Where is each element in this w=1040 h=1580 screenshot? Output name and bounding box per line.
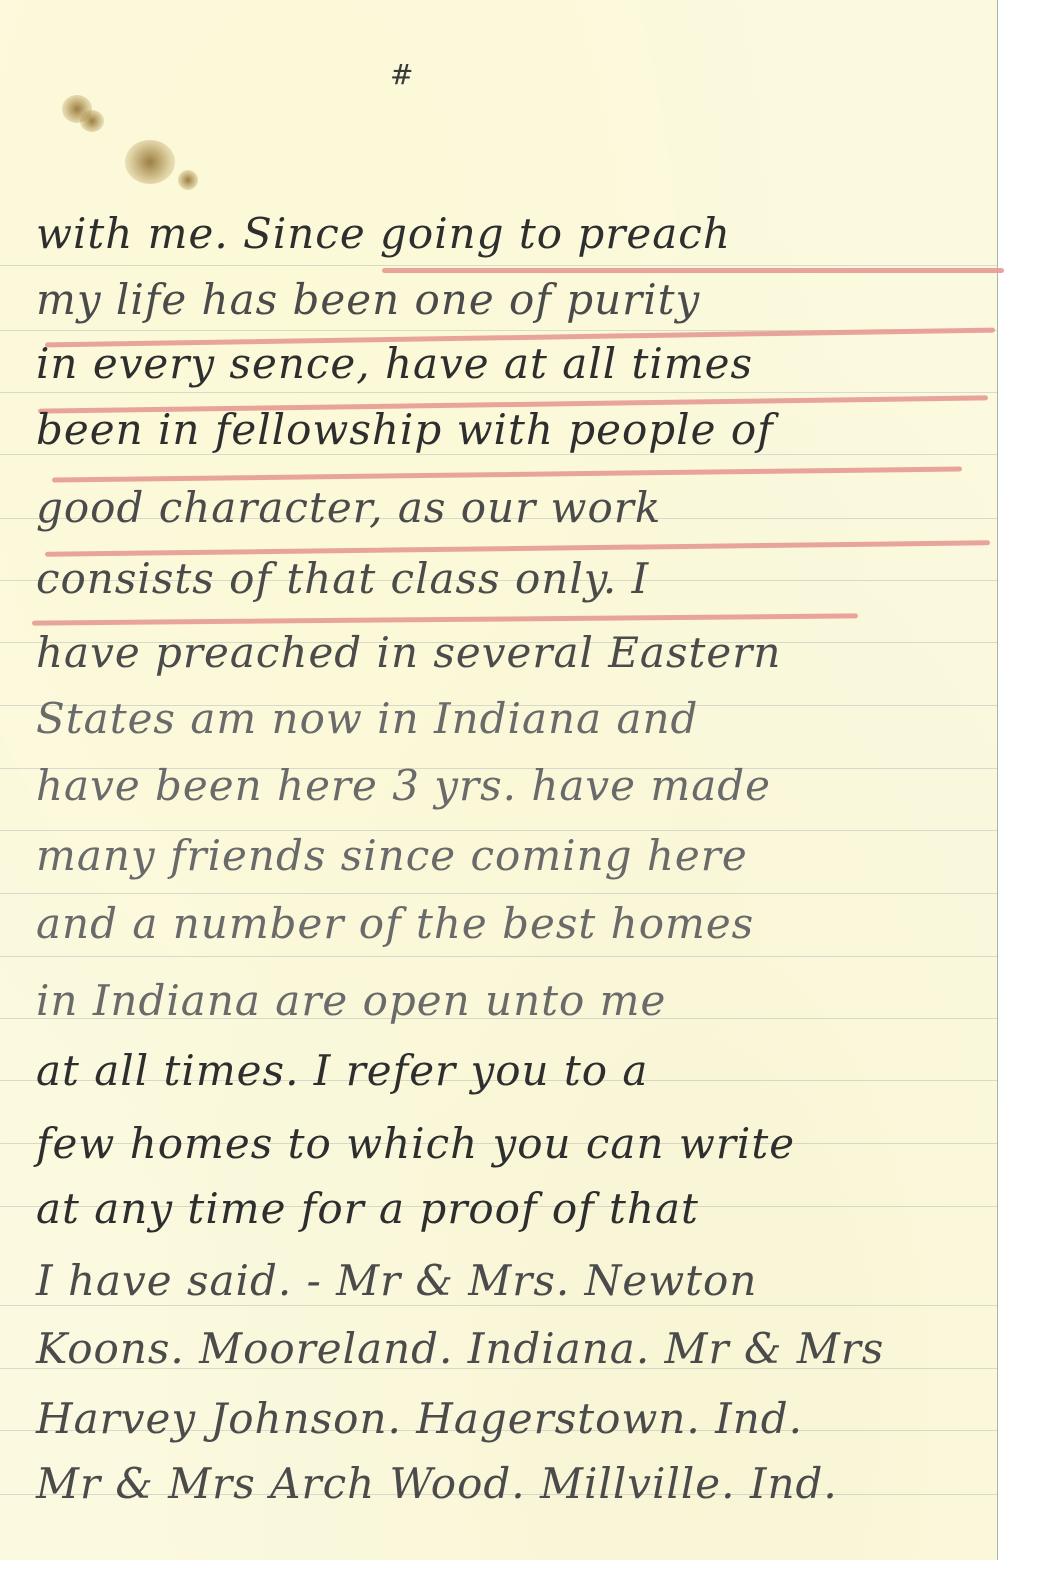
stain-mark [125, 140, 175, 184]
stain-mark [80, 110, 104, 132]
page-number: # [390, 58, 413, 91]
letter-line: Mr & Mrs Arch Wood. Millville. Ind. [36, 1458, 957, 1510]
letter-line: in Indiana are open unto me [36, 975, 957, 1027]
letter-line: few homes to which you can write [36, 1118, 957, 1170]
ruled-line [0, 956, 997, 957]
letter-line: I have said. - Mr & Mrs. Newton [36, 1255, 957, 1307]
letter-line: have preached in several Eastern [36, 627, 957, 679]
red-underline [32, 613, 858, 625]
letter-line: with me. Since going to preach [36, 208, 957, 260]
letter-line: Harvey Johnson. Hagerstown. Ind. [36, 1393, 957, 1445]
red-underline [382, 268, 1004, 273]
red-underline [52, 466, 962, 482]
letter-line: many friends since coming here [36, 830, 957, 882]
ruled-line [0, 265, 997, 266]
letter-line: consists of that class only. I [36, 553, 957, 605]
letter-line: at any time for a proof of that [36, 1183, 957, 1235]
letter-line: my life has been one of purity [36, 274, 957, 326]
letter-line: and a number of the best homes [36, 898, 957, 950]
letter-line: Koons. Mooreland. Indiana. Mr & Mrs [36, 1323, 957, 1375]
letter-line: at all times. I refer you to a [36, 1045, 957, 1097]
ruled-line [0, 893, 997, 894]
letter-page: # with me. Since going to preach my life… [0, 0, 998, 1560]
letter-line: in every sence, have at all times [36, 338, 957, 390]
letter-line: good character, as our work [36, 482, 957, 534]
letter-line: been in fellowship with people of [36, 404, 957, 456]
ruled-line [0, 392, 997, 393]
stain-mark [178, 170, 198, 190]
letter-line: have been here 3 yrs. have made [36, 760, 957, 812]
letter-line: States am now in Indiana and [36, 693, 957, 745]
